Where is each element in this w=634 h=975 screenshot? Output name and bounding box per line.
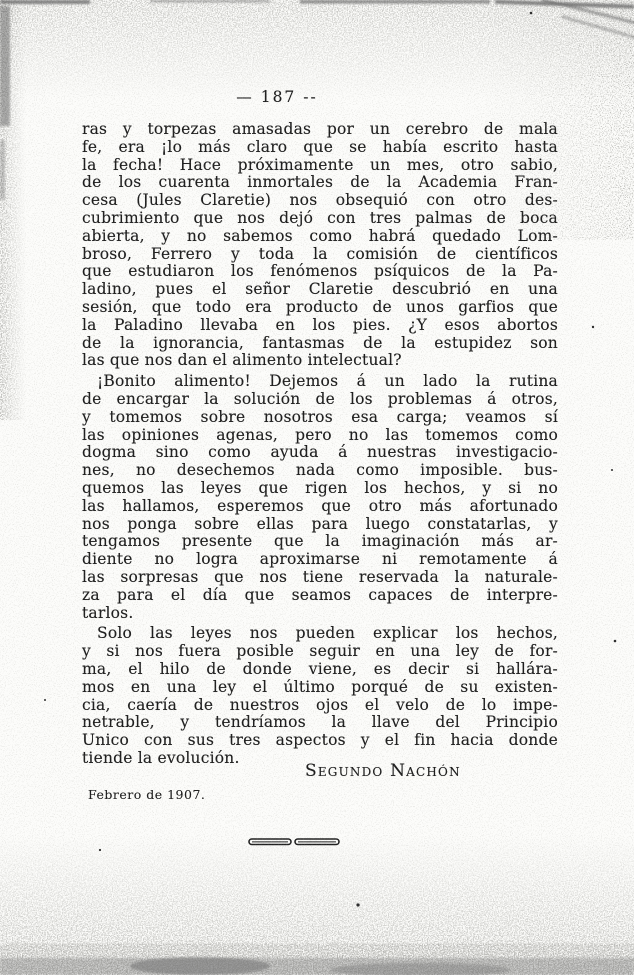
text-line: cesa (Jules Claretie) nos obsequió con o…	[82, 192, 558, 210]
page-number: — 187 --	[227, 88, 327, 106]
text-column: ras y torpezas amasadas por un cerebro d…	[82, 121, 558, 771]
text-line: diente no logra aproximarse ni remotamen…	[82, 551, 558, 569]
text-line: mos en una ley el último porqué de su ex…	[82, 679, 558, 697]
text-line: que estudiaron los fenómenos psíquicos d…	[82, 263, 558, 281]
text-line: de encargar la solución de los problemas…	[82, 391, 558, 409]
text-line: las hallamos, esperemos que otro más afo…	[82, 498, 558, 516]
text-line: de los cuarenta inmortales de la Academi…	[82, 174, 558, 192]
paragraph: Solo las leyes nos pueden explicar los h…	[82, 625, 558, 767]
text-line: quemos las leyes que rigen los hechos, y…	[82, 480, 558, 498]
text-line: cubrimiento que nos dejó con tres palmas…	[82, 210, 558, 228]
text-line: sesión, que todo era producto de unos ga…	[82, 299, 558, 317]
paragraph: ¡Bonito alimento! Dejemos á un lado la r…	[82, 373, 558, 622]
text-line: ladino, pues el señor Claretie descubrió…	[82, 281, 558, 299]
text-line: tengamos presente que la imaginación más…	[82, 533, 558, 551]
divider-ornament-icon	[248, 833, 340, 845]
text-line: cia, caería de nuestros ojos el velo de …	[82, 697, 558, 715]
text-line: las opiniones agenas, pero no las tomemo…	[82, 427, 558, 445]
text-line: ma, el hilo de donde viene, es decir si …	[82, 661, 558, 679]
text-line: ras y torpezas amasadas por un cerebro d…	[82, 121, 558, 139]
scanned-book-page: — 187 -- ras y torpezas amasadas por un …	[0, 0, 634, 975]
text-line: broso, Ferrero y toda la comisión de cie…	[82, 246, 558, 264]
text-line: la Paladino llevaba en los pies. ¿Y esos…	[82, 317, 558, 335]
text-line: tarlos.	[82, 605, 558, 623]
text-line: y si nos fuera posible seguir en una ley…	[82, 643, 558, 661]
text-line: netrable, y tendríamos la llave del Prin…	[82, 714, 558, 732]
text-line: abierta, y no sabemos como habrá quedado…	[82, 228, 558, 246]
text-line: ¡Bonito alimento! Dejemos á un lado la r…	[82, 373, 558, 391]
text-line: las sorpresas que nos tiene reservada la…	[82, 569, 558, 587]
text-line: las que nos dan el alimento intelectual?	[82, 352, 558, 370]
paragraph: ras y torpezas amasadas por un cerebro d…	[82, 121, 558, 370]
text-line: Unico con sus tres aspectos y el fin hac…	[82, 732, 558, 750]
text-line: Solo las leyes nos pueden explicar los h…	[82, 625, 558, 643]
text-line: de la ignorancia, fantasmas de la estupi…	[82, 335, 558, 353]
text-line: y tomemos sobre nosotros esa carga; veam…	[82, 409, 558, 427]
text-line: dogma sino como ayuda á nuestras investi…	[82, 444, 558, 462]
text-line: nes, no desechemos nada como imposible. …	[82, 462, 558, 480]
text-line: nos ponga sobre ellas para luego constat…	[82, 516, 558, 534]
text-line: za para el día que seamos capaces de int…	[82, 587, 558, 605]
date-line: Febrero de 1907.	[88, 787, 205, 802]
text-line: la fecha! Hace próximamente un mes, otro…	[82, 157, 558, 175]
text-line: fe, era ¡lo más claro que se había escri…	[82, 139, 558, 157]
signature: Segundo Nachón	[305, 761, 461, 781]
